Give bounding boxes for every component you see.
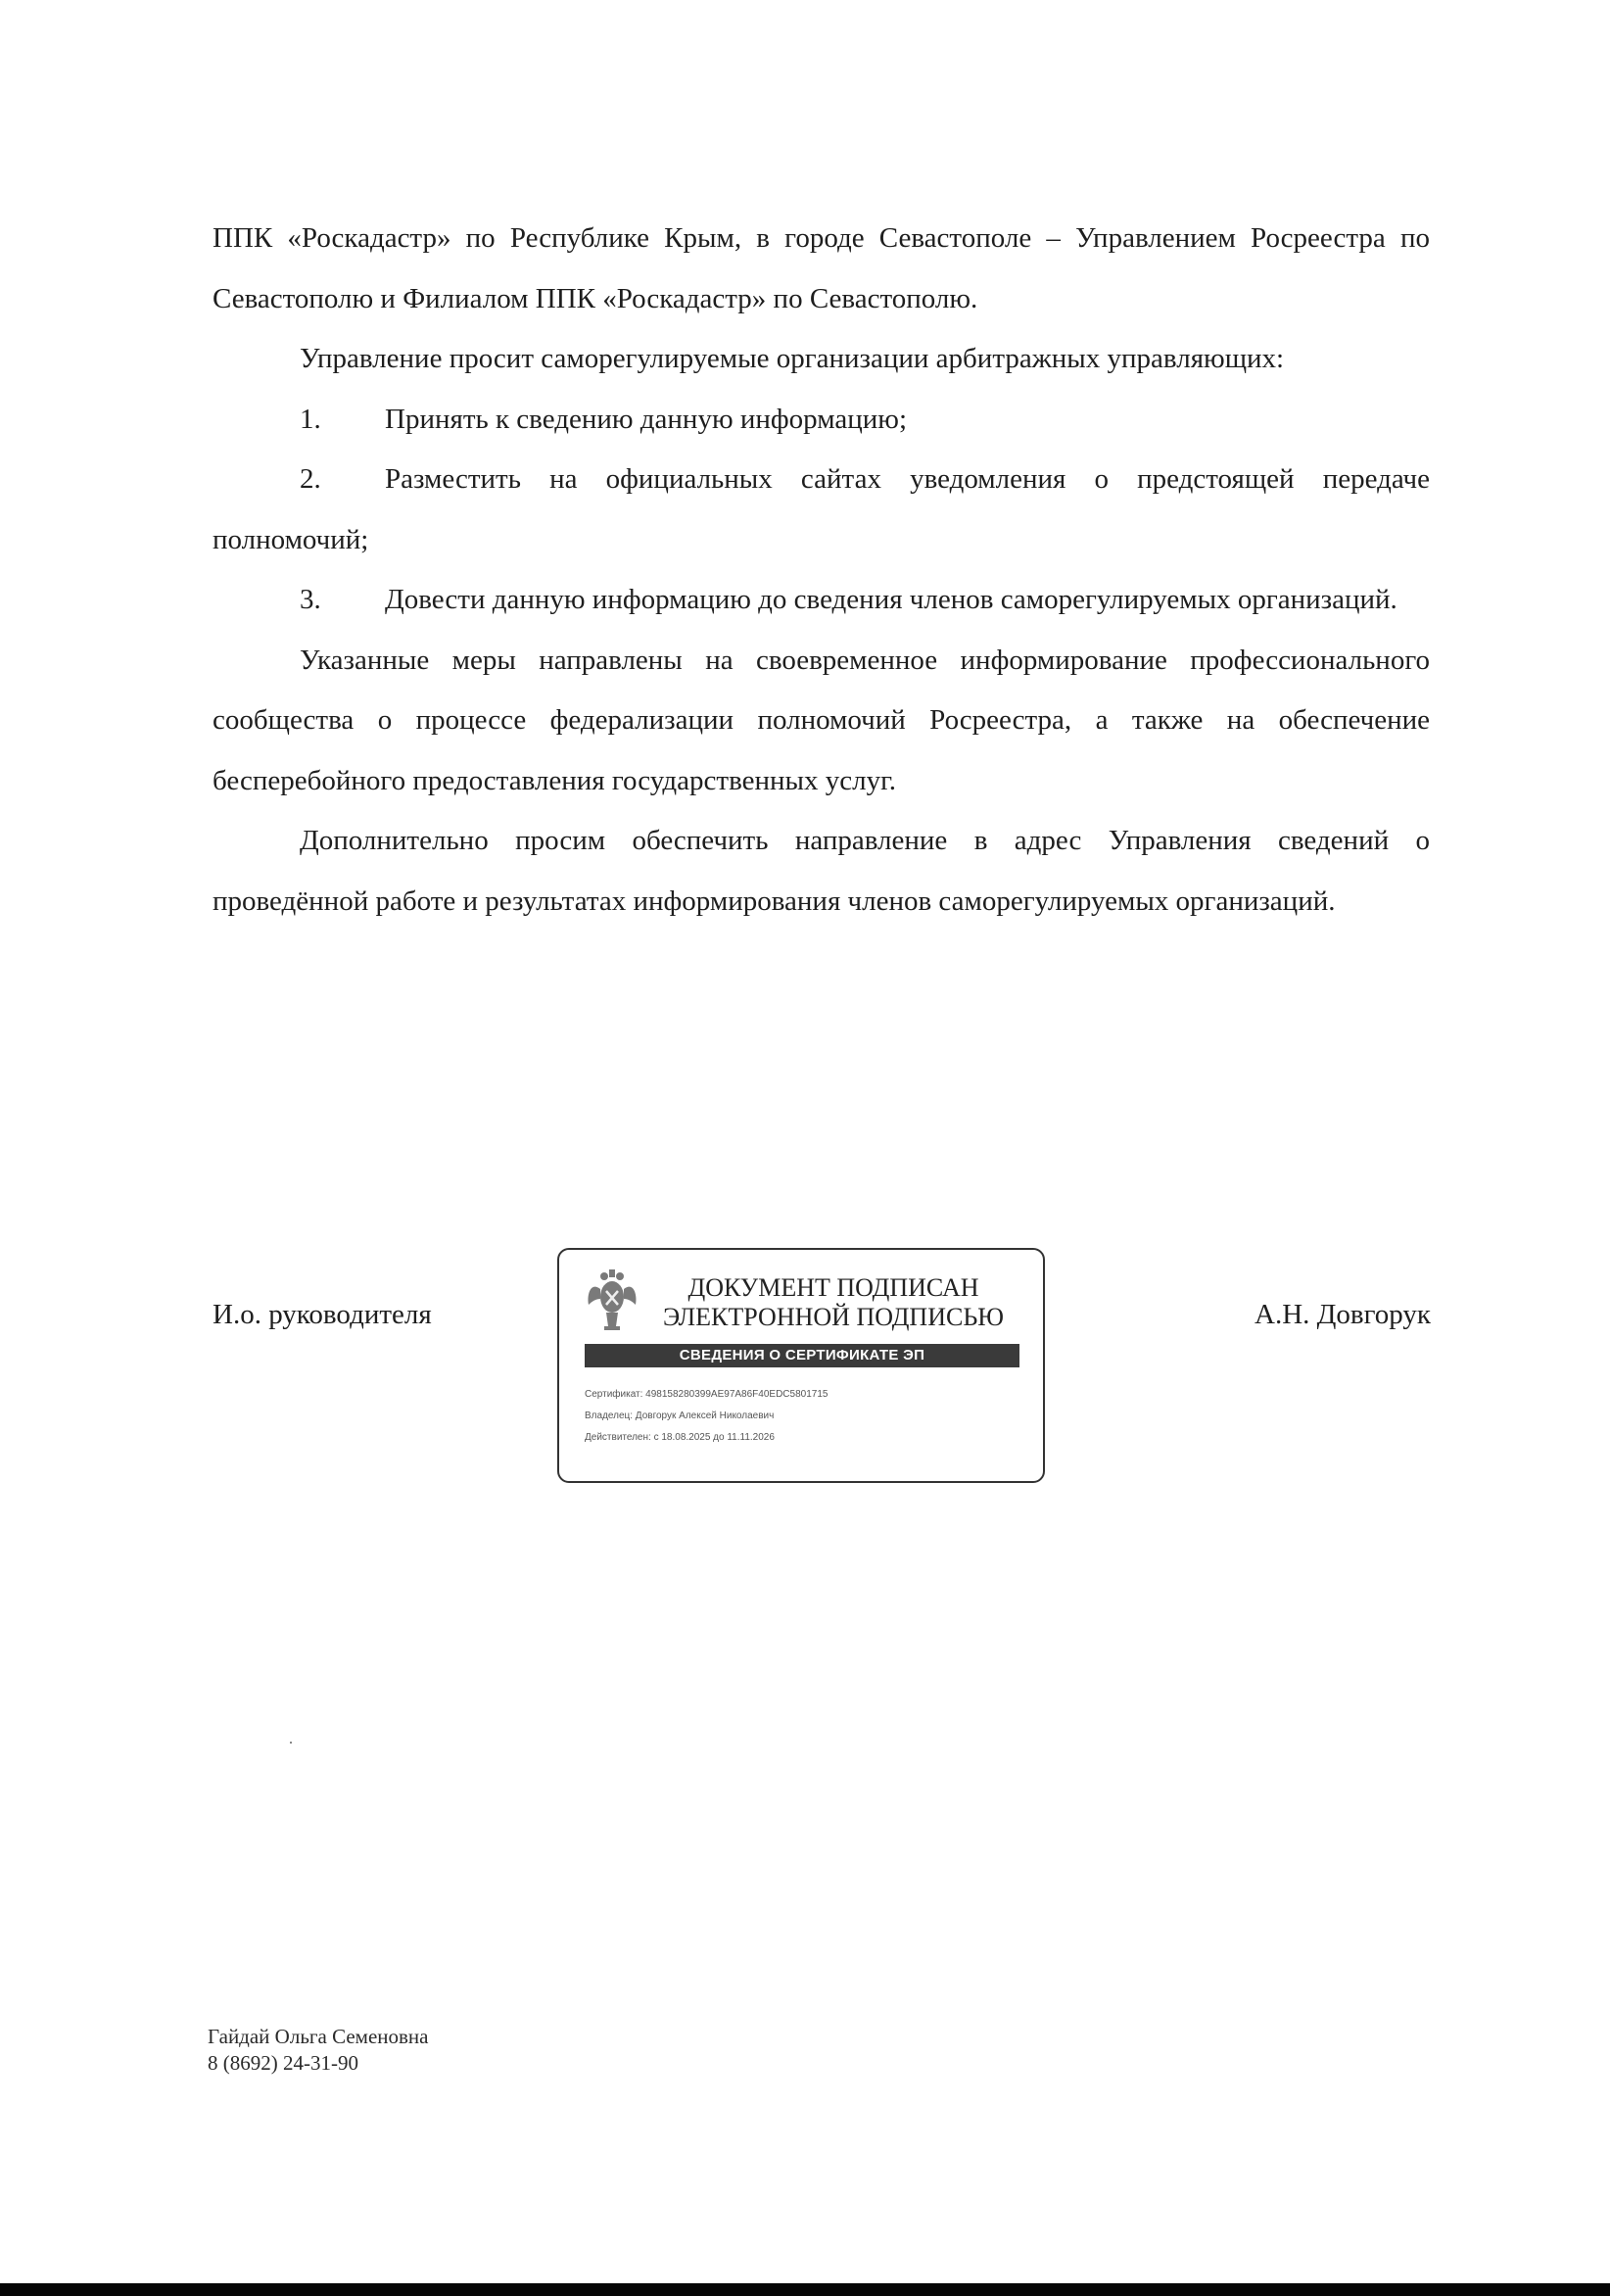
electronic-signature-stamp: ДОКУМЕНТ ПОДПИСАН ЭЛЕКТРОННОЙ ПОДПИСЬЮ С… [557, 1248, 1045, 1483]
signatory-position: И.о. руководителя [213, 1299, 432, 1331]
executor-info: Гайдай Ольга Семеновна 8 (8692) 24-31-90 [208, 2024, 428, 2077]
list-text: Принять к сведению данную информацию; [385, 404, 907, 435]
executor-name: Гайдай Ольга Семеновна [208, 2024, 428, 2050]
scan-speck [290, 1742, 292, 1744]
list-text: Разместить на официальных сайтах уведомл… [213, 463, 1430, 555]
stamp-title-line2: ЭЛЕКТРОННОЙ ПОДПИСЬЮ [657, 1303, 1010, 1332]
certificate-owner: Владелец: Довгорук Алексей Николаевич [585, 1406, 1025, 1427]
certificate-info-header: СВЕДЕНИЯ О СЕРТИФИКАТЕ ЭП [585, 1344, 1019, 1367]
executor-phone: 8 (8692) 24-31-90 [208, 2050, 428, 2077]
stamp-title: ДОКУМЕНТ ПОДПИСАН ЭЛЕКТРОННОЙ ПОДПИСЬЮ [657, 1273, 1010, 1332]
paragraph-request-intro: Управление просит саморегулируемые орган… [213, 329, 1430, 390]
signatory-name: А.Н. Довгорук [1255, 1299, 1431, 1331]
russian-coat-of-arms-icon [585, 1268, 639, 1336]
list-number: 2. [300, 450, 385, 510]
list-item: 2.Разместить на официальных сайтах уведо… [213, 450, 1430, 570]
paragraph-additional: Дополнительно просим обеспечить направле… [213, 811, 1430, 932]
list-text: Довести данную информацию до сведения чл… [385, 584, 1397, 615]
paragraph-continuation: ППК «Роскадастр» по Республике Крым, в г… [213, 209, 1430, 329]
certificate-number: Сертификат: 498158280399AE97A86F40EDC580… [585, 1384, 1025, 1406]
scan-edge-bar [0, 2283, 1610, 2296]
document-page: ППК «Роскадастр» по Республике Крым, в г… [0, 0, 1610, 2296]
list-item: 3.Довести данную информацию до сведения … [213, 570, 1430, 631]
certificate-validity: Действителен: с 18.08.2025 до 11.11.2026 [585, 1427, 1025, 1449]
list-item: 1.Принять к сведению данную информацию; [213, 390, 1430, 451]
stamp-title-line1: ДОКУМЕНТ ПОДПИСАН [657, 1273, 1010, 1303]
letter-body: ППК «Роскадастр» по Республике Крым, в г… [213, 209, 1430, 932]
certificate-details: Сертификат: 498158280399AE97A86F40EDC580… [585, 1384, 1025, 1449]
paragraph-measures: Указанные меры направлены на своевременн… [213, 631, 1430, 812]
list-number: 1. [300, 390, 385, 451]
list-number: 3. [300, 570, 385, 631]
